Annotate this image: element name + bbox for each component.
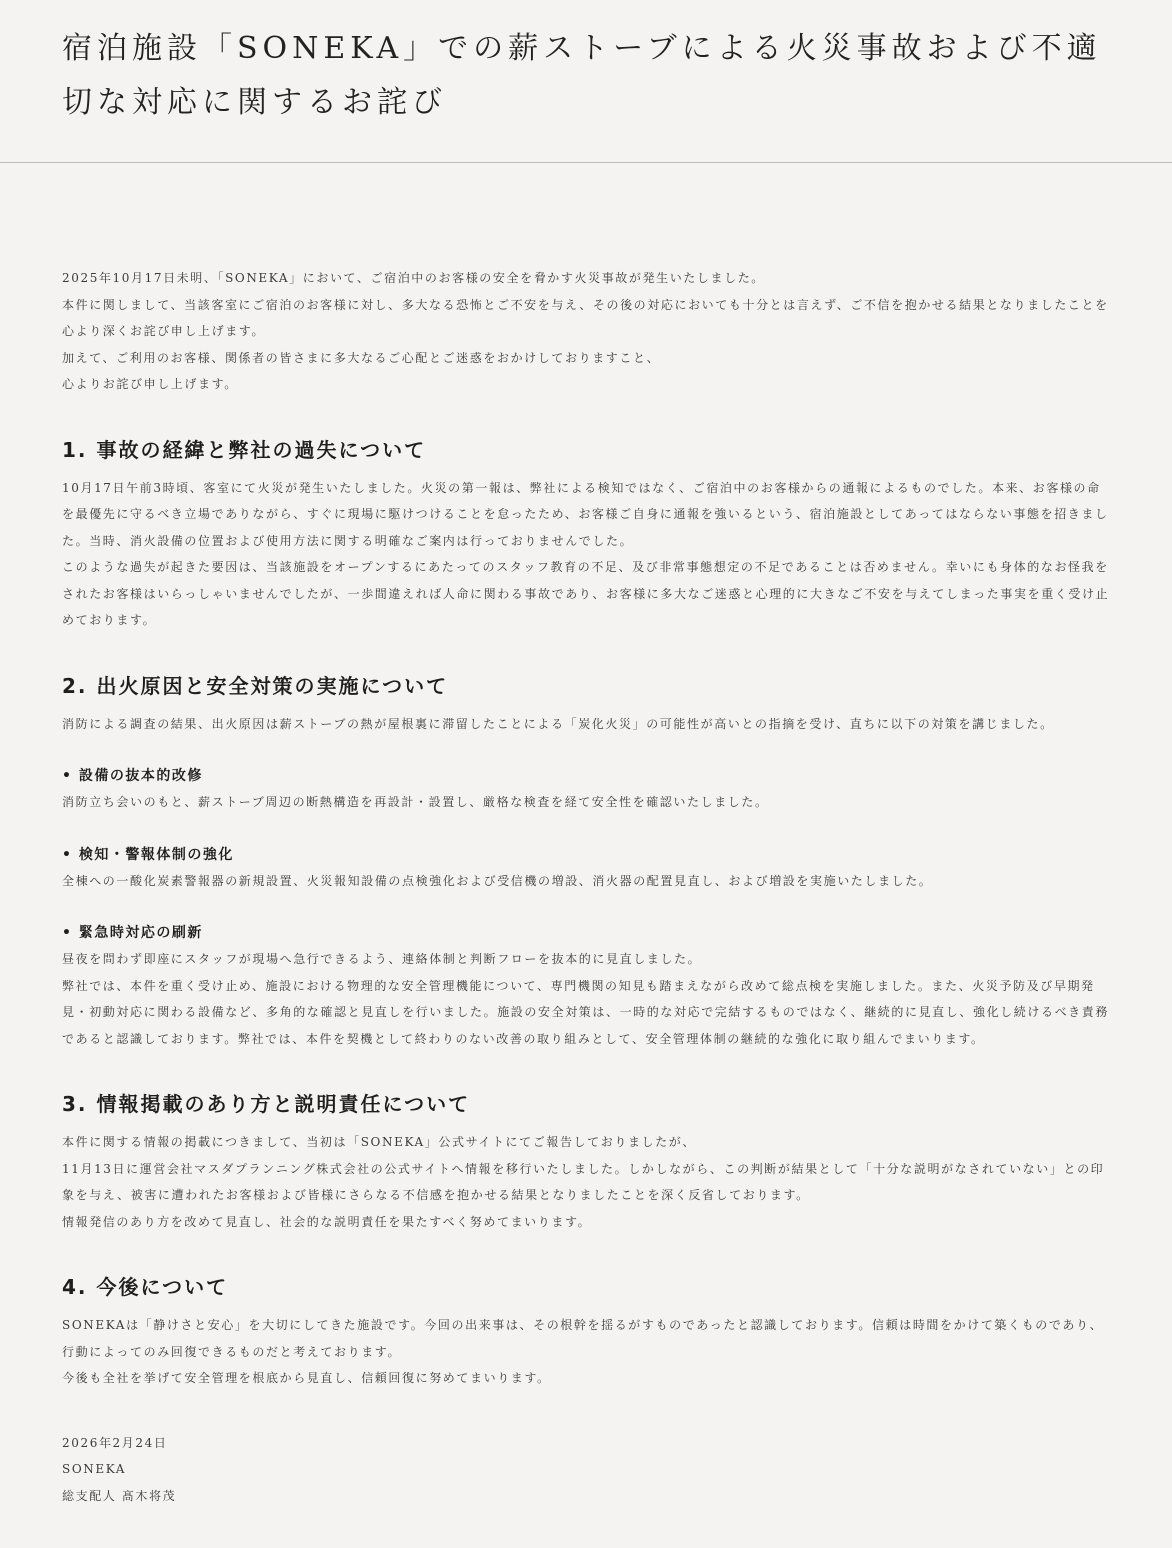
section-title: 2. 出火原因と安全対策の実施について: [62, 671, 1110, 701]
section-line: SONEKAは「静けさと安心」を大切にしてきた施設です。今回の出来事は、その根幹…: [62, 1312, 1110, 1365]
measure-title: • 緊急時対応の刷新: [62, 922, 1110, 944]
section-paragraph: 消防による調査の結果、出火原因は薪ストーブの熱が屋根裏に滞留したことによる「炭化…: [62, 711, 1110, 738]
section-title: 1. 事故の経緯と弊社の過失について: [62, 435, 1110, 465]
section-information-disclosure: 3. 情報掲載のあり方と説明責任について 本件に関する情報の掲載につきまして、当…: [62, 1089, 1110, 1235]
measure-extra-text: 弊社では、本件を重く受け止め、施設における物理的な安全管理機能について、専門機関…: [62, 973, 1110, 1053]
section-paragraph: 10月17日午前3時頃、客室にて火災が発生いたしました。火災の第一報は、弊社によ…: [62, 475, 1110, 555]
signature-signer: 総支配人 髙木将茂: [62, 1483, 1110, 1510]
measure-title: • 検知・警報体制の強化: [62, 844, 1110, 866]
measure-title: • 設備の抜本的改修: [62, 765, 1110, 787]
signature-date: 2026年2月24日: [62, 1430, 1110, 1457]
section-accident-details: 1. 事故の経緯と弊社の過失について 10月17日午前3時頃、客室にて火災が発生…: [62, 435, 1110, 634]
intro-line: 本件に関しまして、当該客室にご宿泊のお客様に対し、多大なる恐怖とご不安を与え、そ…: [62, 292, 1110, 345]
signature-block: 2026年2月24日 SONEKA 総支配人 髙木将茂: [62, 1430, 1110, 1510]
intro-line: 加えて、ご利用のお客様、関係者の皆さまに多大なるご心配とご迷惑をおかけしておりま…: [62, 345, 1110, 372]
measure-text: 昼夜を問わず即座にスタッフが現場へ急行できるよう、連絡体制と判断フローを抜本的に…: [62, 946, 1110, 973]
intro-section: 2025年10月17日未明、「SONEKA」において、ご宿泊中のお客様の安全を脅…: [62, 265, 1110, 398]
section-line: 11月13日に運営会社マスダプランニング株式会社の公式サイトへ情報を移行いたしま…: [62, 1156, 1110, 1209]
section-title: 4. 今後について: [62, 1272, 1110, 1302]
measure-item: • 検知・警報体制の強化 全棟への一酸化炭素警報器の新規設置、火災報知設備の点検…: [62, 844, 1110, 895]
measure-text: 全棟への一酸化炭素警報器の新規設置、火災報知設備の点検強化および受信機の増設、消…: [62, 868, 1110, 895]
apology-document: 2025年10月17日未明、「SONEKA」において、ご宿泊中のお客様の安全を脅…: [0, 0, 1172, 1509]
section-title: 3. 情報掲載のあり方と説明責任について: [62, 1089, 1110, 1119]
measure-text: 消防立ち会いのもと、薪ストーブ周辺の断熱構造を再設計・設置し、厳格な検査を経て安…: [62, 789, 1110, 816]
intro-line: 心よりお詫び申し上げます。: [62, 371, 1110, 398]
section-future: 4. 今後について SONEKAは「静けさと安心」を大切にしてきた施設です。今回…: [62, 1272, 1110, 1392]
measure-item: • 緊急時対応の刷新 昼夜を問わず即座にスタッフが現場へ急行できるよう、連絡体制…: [62, 922, 1110, 1052]
section-line: 本件に関する情報の掲載につきまして、当初は「SONEKA」公式サイトにてご報告し…: [62, 1129, 1110, 1156]
section-cause-and-measures: 2. 出火原因と安全対策の実施について 消防による調査の結果、出火原因は薪ストー…: [62, 671, 1110, 1053]
signature-organization: SONEKA: [62, 1456, 1110, 1483]
measure-item: • 設備の抜本的改修 消防立ち会いのもと、薪ストーブ周辺の断熱構造を再設計・設置…: [62, 765, 1110, 816]
intro-line: 2025年10月17日未明、「SONEKA」において、ご宿泊中のお客様の安全を脅…: [62, 265, 1110, 292]
section-line: 情報発信のあり方を改めて見直し、社会的な説明責任を果たすべく努めてまいります。: [62, 1209, 1110, 1236]
section-paragraph: このような過失が起きた要因は、当該施設をオープンするにあたってのスタッフ教育の不…: [62, 554, 1110, 634]
section-line: 今後も全社を挙げて安全管理を根底から見直し、信頼回復に努めてまいります。: [62, 1365, 1110, 1392]
